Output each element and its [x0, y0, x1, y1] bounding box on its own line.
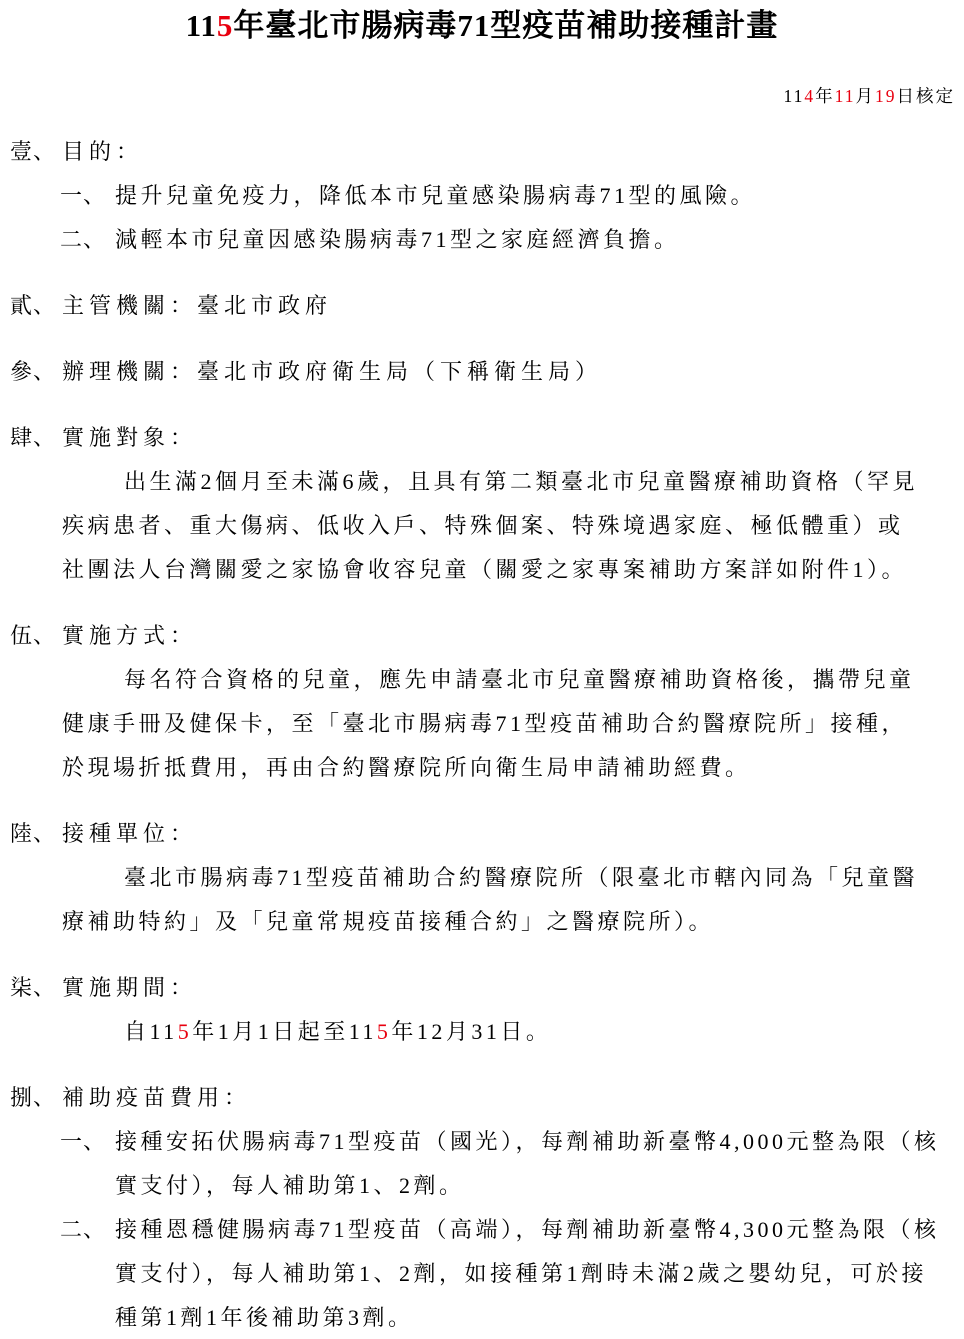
- text-segment: 月: [856, 86, 876, 106]
- text-segment: 減輕本市兒童因感染腸病毒71型之家庭經濟負擔。: [115, 227, 680, 252]
- text-segment: 自11: [124, 1019, 178, 1044]
- red-highlight-text: 4: [804, 86, 815, 106]
- list-item: 二、接種恩穩健腸病毒71型疫苗（高端），每劑補助新臺幣4,300元整為限（核: [0, 1208, 964, 1252]
- section-implementing-agency: 參、辦理機關：臺北市政府衛生局（下稱衛生局）: [0, 350, 964, 394]
- section-purpose: 壹、目的：一、提升兒童免疫力，降低本市兒童感染腸病毒71型的風險。二、減輕本市兒…: [0, 130, 964, 262]
- section-competent-authority: 貳、主管機關：臺北市政府: [0, 284, 964, 328]
- text-segment: 提升兒童免疫力，降低本市兒童感染腸病毒71型的風險。: [115, 183, 756, 208]
- list-item: 一、接種安拓伏腸病毒71型疫苗（國光），每劑補助新臺幣4,000元整為限（核: [0, 1120, 964, 1164]
- section-number: 肆、: [10, 416, 62, 460]
- section-number: 伍、: [10, 614, 62, 658]
- text-segment: 種第1劑1年後補助第3劑。: [115, 1305, 414, 1330]
- section-header-competent-authority: 貳、主管機關：臺北市政府: [0, 284, 964, 328]
- text-segment: 接種安拓伏腸病毒71型疫苗（國光），每劑補助新臺幣4,000元整為限（核: [115, 1129, 940, 1154]
- section-title: 補助疫苗費用：: [62, 1085, 251, 1110]
- paragraph-line: 疾病患者、重大傷病、低收入戶、特殊個案、特殊境遇家庭、極低體重）或: [0, 504, 964, 548]
- section-title: 目的：: [62, 139, 143, 164]
- text-segment: 接種恩穩健腸病毒71型疫苗（高端），每劑補助新臺幣4,300元整為限（核: [115, 1217, 940, 1242]
- section-number: 陸、: [10, 812, 62, 856]
- paragraph-line: 臺北市腸病毒71型疫苗補助合約醫療院所（限臺北市轄內同為「兒童醫: [0, 856, 964, 900]
- red-highlight-text: 11: [835, 86, 856, 106]
- text-segment: 社團法人台灣關愛之家協會收容兒童（關愛之家專案補助方案詳如附件1）。: [62, 557, 907, 582]
- list-item: 二、減輕本市兒童因感染腸病毒71型之家庭經濟負擔。: [0, 218, 964, 262]
- text-segment: 健康手冊及健保卡，至「臺北市腸病毒71型疫苗補助合約醫療院所」接種，: [62, 711, 907, 736]
- section-implementation-method: 伍、實施方式：每名符合資格的兒童，應先申請臺北市兒童醫療補助資格後，攜帶兒童健康…: [0, 614, 964, 790]
- section-number: 貳、: [10, 284, 62, 328]
- section-subsidized-vaccine-fees: 捌、補助疫苗費用：一、接種安拓伏腸病毒71型疫苗（國光），每劑補助新臺幣4,00…: [0, 1076, 964, 1339]
- text-segment: 臺北市腸病毒71型疫苗補助合約醫療院所（限臺北市轄內同為「兒童醫: [124, 865, 918, 890]
- section-title: 接種單位：: [62, 821, 197, 846]
- list-item-number: 一、: [60, 174, 115, 218]
- text-segment: 年臺北市腸病毒71型疫苗補助接種計畫: [233, 8, 778, 43]
- paragraph-line: 療補助特約」及「兒童常規疫苗接種合約」之醫療院所）。: [0, 900, 964, 944]
- text-segment: 日核定: [897, 86, 956, 106]
- red-highlight-text: 5: [217, 8, 234, 43]
- list-item-continuation: 實支付），每人補助第1、2劑，如接種第1劑時未滿2歲之嬰幼兒，可於接: [0, 1252, 964, 1296]
- section-header-implementation-period: 柒、實施期間：: [0, 966, 964, 1010]
- list-item-number: 二、: [60, 218, 115, 262]
- section-title: 辦理機關：臺北市政府衛生局（下稱衛生局）: [62, 359, 602, 384]
- list-item-continuation: 種第1劑1年後補助第3劑。: [0, 1296, 964, 1339]
- text-segment: 出生滿2個月至未滿6歲，且具有第二類臺北市兒童醫療補助資格（罕見: [124, 469, 918, 494]
- text-segment: 療補助特約」及「兒童常規疫苗接種合約」之醫療院所）。: [62, 909, 714, 934]
- section-title: 實施期間：: [62, 975, 197, 1000]
- paragraph-line: 自115年1月1日起至115年12月31日。: [0, 1010, 964, 1054]
- text-segment: 於現場折抵費用，再由合約醫療院所向衛生局申請補助經費。: [62, 755, 751, 780]
- section-header-vaccination-units: 陸、接種單位：: [0, 812, 964, 856]
- document-body: 壹、目的：一、提升兒童免疫力，降低本市兒童感染腸病毒71型的風險。二、減輕本市兒…: [0, 130, 964, 1339]
- document-page: 115年臺北市腸病毒71型疫苗補助接種計畫 114年11月19日核定 壹、目的：…: [0, 0, 964, 1339]
- text-segment: 實支付），每人補助第1、2劑。: [115, 1173, 465, 1198]
- paragraph-line: 每名符合資格的兒童，應先申請臺北市兒童醫療補助資格後，攜帶兒童: [0, 658, 964, 702]
- section-eligible-targets: 肆、實施對象：出生滿2個月至未滿6歲，且具有第二類臺北市兒童醫療補助資格（罕見疾…: [0, 416, 964, 592]
- list-item-continuation: 實支付），每人補助第1、2劑。: [0, 1164, 964, 1208]
- paragraph-line: 健康手冊及健保卡，至「臺北市腸病毒71型疫苗補助合約醫療院所」接種，: [0, 702, 964, 746]
- section-header-implementing-agency: 參、辦理機關：臺北市政府衛生局（下稱衛生局）: [0, 350, 964, 394]
- text-segment: 年1月1日起至11: [192, 1019, 377, 1044]
- section-title: 實施對象：: [62, 425, 197, 450]
- section-title: 主管機關：臺北市政府: [62, 293, 332, 318]
- paragraph-line: 社團法人台灣關愛之家協會收容兒童（關愛之家專案補助方案詳如附件1）。: [0, 548, 964, 592]
- text-segment: 年: [815, 86, 835, 106]
- paragraph-line: 於現場折抵費用，再由合約醫療院所向衛生局申請補助經費。: [0, 746, 964, 790]
- section-vaccination-units: 陸、接種單位：臺北市腸病毒71型疫苗補助合約醫療院所（限臺北市轄內同為「兒童醫療…: [0, 812, 964, 944]
- list-item: 一、提升兒童免疫力，降低本市兒童感染腸病毒71型的風險。: [0, 174, 964, 218]
- document-title: 115年臺北市腸病毒71型疫苗補助接種計畫: [0, 0, 964, 48]
- section-header-implementation-method: 伍、實施方式：: [0, 614, 964, 658]
- section-number: 參、: [10, 350, 62, 394]
- text-segment: 年12月31日。: [391, 1019, 551, 1044]
- text-segment: 實支付），每人補助第1、2劑，如接種第1劑時未滿2歲之嬰幼兒，可於接: [115, 1261, 927, 1286]
- text-segment: 疾病患者、重大傷病、低收入戶、特殊個案、特殊境遇家庭、極低體重）或: [62, 513, 904, 538]
- section-number: 捌、: [10, 1076, 62, 1120]
- red-highlight-text: 5: [178, 1019, 193, 1044]
- section-number: 柒、: [10, 966, 62, 1010]
- list-item-number: 一、: [60, 1120, 115, 1164]
- paragraph-line: 出生滿2個月至未滿6歲，且具有第二類臺北市兒童醫療補助資格（罕見: [0, 460, 964, 504]
- section-header-eligible-targets: 肆、實施對象：: [0, 416, 964, 460]
- list-item-number: 二、: [60, 1208, 115, 1252]
- section-implementation-period: 柒、實施期間：自115年1月1日起至115年12月31日。: [0, 966, 964, 1054]
- approval-date-line: 114年11月19日核定: [0, 84, 964, 108]
- red-highlight-text: 19: [875, 86, 897, 106]
- red-highlight-text: 5: [377, 1019, 392, 1044]
- section-title: 實施方式：: [62, 623, 197, 648]
- section-header-purpose: 壹、目的：: [0, 130, 964, 174]
- text-segment: 11: [186, 8, 217, 43]
- text-segment: 11: [784, 86, 805, 106]
- section-number: 壹、: [10, 130, 62, 174]
- text-segment: 每名符合資格的兒童，應先申請臺北市兒童醫療補助資格後，攜帶兒童: [124, 667, 915, 692]
- section-header-subsidized-vaccine-fees: 捌、補助疫苗費用：: [0, 1076, 964, 1120]
